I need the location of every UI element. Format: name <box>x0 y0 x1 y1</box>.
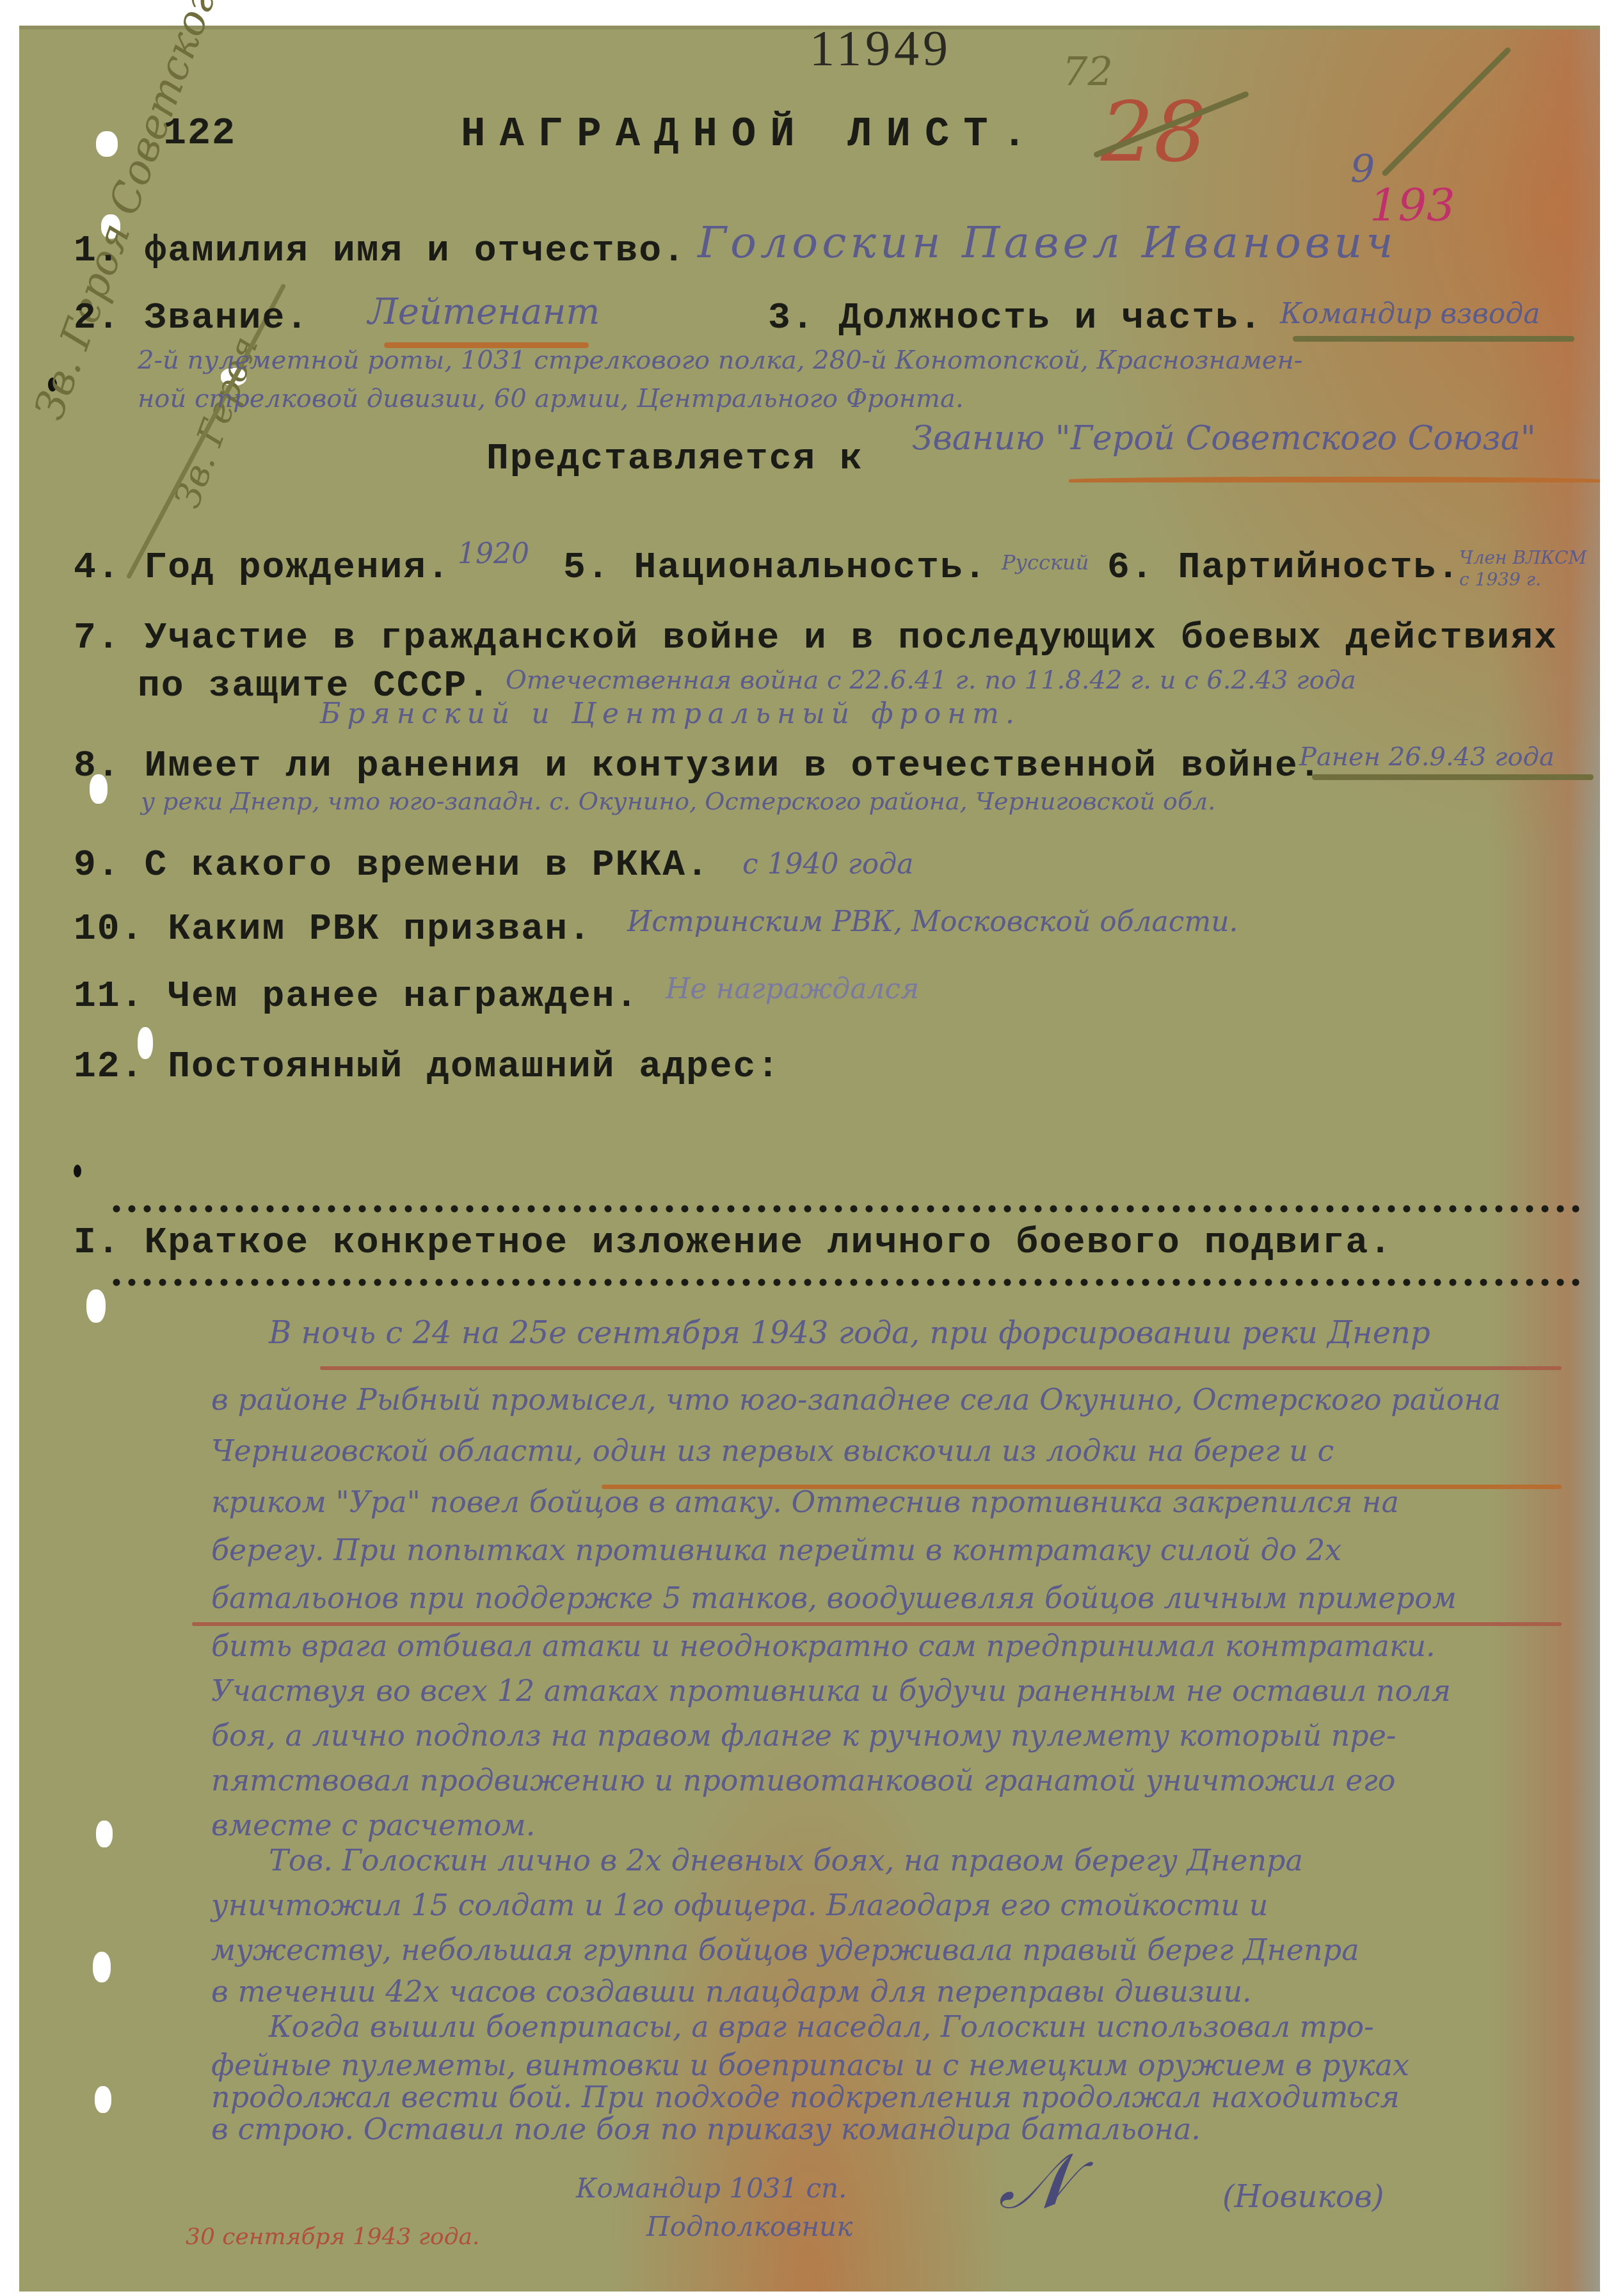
field-8-label: 8. Имеет ли ранения и контузии в отечест… <box>74 745 1322 787</box>
narrative-line: продолжал вести бой. При подходе подкреп… <box>211 2080 1400 2114</box>
narrative-line: пятствовал продвижению и противотанковой… <box>211 1763 1395 1798</box>
punch-hole <box>86 1289 106 1323</box>
field-11-label: 11. Чем ранее награжден. <box>74 976 639 1017</box>
field-11-value-previous-awards: Не награждался <box>666 973 919 1005</box>
field-10-value-draft-office: Истринским РВК, Московской области. <box>627 905 1238 938</box>
field-5-label: 5. Национальность. <box>563 547 988 589</box>
punch-hole <box>93 1952 111 1982</box>
award-underline <box>1069 477 1600 482</box>
field-5-value-nationality: Русский <box>1002 550 1089 575</box>
signature-scribble: 𝒩 <box>998 2137 1072 2227</box>
narrative-line: уничтожил 15 солдат и 1го офицера. Благо… <box>211 1888 1268 1922</box>
field-3-value-unit-line1: 2-й пулеметной роты, 1031 стрелкового по… <box>138 346 1302 375</box>
field-7-value: Отечественная война с 22.6.41 г. по 11.8… <box>506 666 1356 695</box>
punch-hole <box>95 2086 111 2113</box>
narrative-line: криком "Ура" повел бойцов в атаку. Оттес… <box>211 1485 1399 1519</box>
field-3-value-position: Командир взвода <box>1280 298 1540 330</box>
field-2-label: 2. Звание. <box>74 298 309 339</box>
punch-hole <box>96 1821 113 1847</box>
narrative-line: Черниговской области, один из первых выс… <box>211 1433 1334 1468</box>
position-underline <box>1293 336 1574 342</box>
narrative-line: в районе Рыбный промысел, что юго-западн… <box>211 1382 1501 1417</box>
narrative-line: берегу. При попытках противника перейти … <box>211 1533 1341 1567</box>
dotted-divider-top <box>109 1203 1587 1215</box>
narrative-line: вместе с расчетом. <box>211 1808 535 1842</box>
presented-to-value-award: Званию "Герой Советского Союза" <box>912 419 1536 458</box>
narrative-line: боя, а лично подполз на правом фланге к … <box>211 1718 1396 1753</box>
page-title: НАГРАДНОЙ ЛИСТ. <box>461 112 1041 158</box>
signature-role-line1: Командир 1031 сп. <box>576 2172 847 2204</box>
punch-hole <box>96 131 118 157</box>
field-3-label: 3. Должность и часть. <box>768 298 1263 339</box>
field-8-value-wound: Ранен 26.9.43 года <box>1299 742 1555 772</box>
narrative-line: мужеству, небольшая группа бойцов удержи… <box>211 1933 1359 1967</box>
red-underline <box>320 1366 1562 1370</box>
archive-number: 11949 <box>810 19 952 77</box>
narrative-line: Когда вышли боеприпасы, а враг наседал, … <box>269 2009 1374 2044</box>
section-title: I. Краткое конкретное изложение личного … <box>74 1222 1393 1264</box>
presented-to-label: Представляется к <box>486 438 863 480</box>
field-4-label: 4. Год рождения. <box>74 547 451 589</box>
field-7-label: 7. Участие в гражданской войне и в после… <box>74 618 1558 659</box>
field-6-value-party: Член ВЛКСМ с 1939 г. <box>1459 547 1587 591</box>
signature-name: (Новиков) <box>1222 2179 1384 2215</box>
field-4-value-birth-year: 1920 <box>458 538 529 570</box>
field-3-value-unit-line2: ной стрелковой дивизии, 60 армии, Центра… <box>138 384 964 413</box>
narrative-line: В ночь с 24 на 25е сентября 1943 года, п… <box>269 1315 1430 1351</box>
field-8-value-cont: у реки Днепр, что юго-западн. с. Окунино… <box>141 787 1215 815</box>
field-9-label: 9. С какого времени в РККА. <box>74 845 710 886</box>
narrative-line: Тов. Голоскин лично в 2х дневных боях, н… <box>269 1843 1303 1877</box>
ink-dot <box>74 1165 81 1177</box>
dotted-divider-bottom <box>109 1277 1587 1288</box>
field-9-value-service-since: с 1940 года <box>742 848 913 881</box>
signature-role-line2: Подполковник <box>646 2211 852 2242</box>
signature-date: 30 сентября 1943 года. <box>186 2224 479 2250</box>
field-2-value-rank: Лейтенант <box>368 291 600 333</box>
field-1-value-full-name: Голоскин Павел Иванович <box>698 218 1397 268</box>
narrative-line: батальонов при поддержке 5 танков, вооду… <box>211 1581 1457 1615</box>
narrative-line: фейные пулеметы, винтовки и боеприпасы и… <box>211 2048 1409 2082</box>
field-1-label: 1. фамилия имя и отчество. <box>74 230 686 272</box>
field-10-label: 10. Каким РВК призван. <box>74 909 592 950</box>
wound-underline <box>1312 774 1594 780</box>
field-6-label: 6. Партийность. <box>1107 547 1460 589</box>
field-12-label: 12. Постоянный домашний адрес: <box>74 1046 780 1088</box>
field-7-value-cont: Брянский и Центральный фронт. <box>320 698 1021 730</box>
narrative-line: в течении 42х часов создавши плацдарм дл… <box>211 1974 1252 2009</box>
narrative-line: Участвуя во всех 12 атаках противника и … <box>211 1673 1451 1708</box>
narrative-line: бить врага отбивал атаки и неоднократно … <box>211 1629 1436 1663</box>
red-underline <box>192 1622 1562 1626</box>
